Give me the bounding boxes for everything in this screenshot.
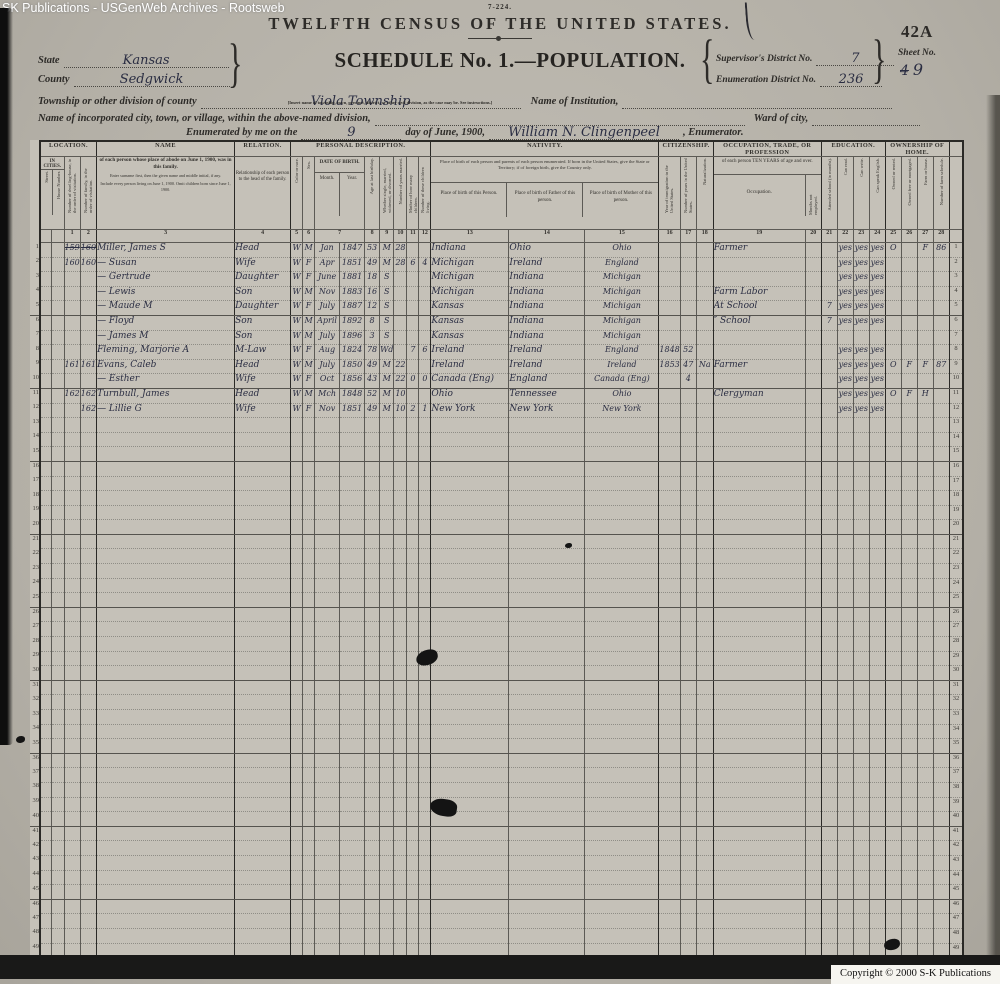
colnum-20: 20 [805, 230, 821, 243]
table-row: 1313 [30, 418, 963, 433]
cell-year [340, 914, 365, 929]
table-row: 4646 [30, 899, 963, 914]
cell-street [40, 578, 51, 593]
cell-marital [380, 637, 394, 652]
cell-farm [917, 374, 933, 389]
cell-relation [235, 870, 291, 885]
cell-sex: M [303, 359, 315, 374]
cell-occupation [713, 753, 805, 768]
cell-year [340, 812, 365, 827]
cell-family [80, 432, 96, 447]
cell-years-us [680, 870, 696, 885]
cell-farm [917, 330, 933, 345]
line-number-left: 46 [30, 899, 40, 914]
cell-living [419, 418, 431, 433]
cell-marital [380, 841, 394, 856]
cell-house [51, 710, 64, 725]
cell-read [837, 637, 853, 652]
cell-relation [235, 491, 291, 506]
cell-years-married [394, 928, 407, 943]
cell-family [80, 666, 96, 681]
cell-imm-year [659, 243, 680, 258]
cell-name [97, 870, 235, 885]
cell-sex [303, 593, 315, 608]
cell-write [853, 680, 869, 695]
cell-living [419, 301, 431, 316]
district-brace-open: { [700, 30, 714, 91]
cell-birth-person: Kansas [431, 315, 509, 330]
cell-write [853, 564, 869, 579]
cell-marital: Wd [380, 345, 394, 360]
cell-family: 160 [80, 243, 96, 258]
cell-name [97, 666, 235, 681]
cell-year [340, 739, 365, 754]
cell-english [869, 491, 885, 506]
cell-owned [885, 330, 901, 345]
cell-age [365, 432, 380, 447]
cell-sched: 87 [933, 359, 949, 374]
cell-imm-year [659, 315, 680, 330]
cell-owned [885, 461, 901, 476]
cell-color [291, 739, 303, 754]
cell-marital [380, 680, 394, 695]
cell-english [869, 578, 885, 593]
cell-color [291, 680, 303, 695]
cell-age [365, 505, 380, 520]
cell-age [365, 928, 380, 943]
cell-relation [235, 447, 291, 462]
cell-month [315, 797, 340, 812]
cell-dwelling: 162 [64, 388, 80, 403]
cell-read: yes [837, 403, 853, 418]
cell-naturalization [696, 505, 713, 520]
cell-mother [407, 928, 419, 943]
cell-free [901, 257, 917, 272]
cell-color [291, 447, 303, 462]
table-row: 2828 [30, 637, 963, 652]
cell-free [901, 520, 917, 535]
cell-years-married [394, 330, 407, 345]
cell-birth-father: Indiana [509, 315, 585, 330]
cell-month [315, 476, 340, 491]
cell-months-ne [805, 315, 821, 330]
cell-living [419, 388, 431, 403]
cell-english [869, 607, 885, 622]
line-number-left: 40 [30, 812, 40, 827]
cell-name [97, 680, 235, 695]
cell-sched [933, 666, 949, 681]
line-number-right: 46 [949, 899, 963, 914]
cell-street [40, 826, 51, 841]
cell-name [97, 724, 235, 739]
cell-family [80, 651, 96, 666]
cell-years-married [394, 491, 407, 506]
cell-free [901, 564, 917, 579]
cell-school [821, 549, 837, 564]
cell-naturalization [696, 491, 713, 506]
group-header-row: LOCATION. NAME RELATION. PERSONAL DESCRI… [30, 141, 963, 157]
cell-living [419, 680, 431, 695]
cell-owned [885, 447, 901, 462]
cell-naturalization [696, 432, 713, 447]
cell-write [853, 637, 869, 652]
table-row: 8Fleming, Marjorie AM-LawWFAug182478Wd76… [30, 345, 963, 360]
cell-write: yes [853, 315, 869, 330]
table-row: 2929 [30, 651, 963, 666]
cell-marital [380, 520, 394, 535]
cell-year: 1848 [340, 388, 365, 403]
cell-english [869, 637, 885, 652]
cell-age [365, 768, 380, 783]
header-birthplace-person: Place of birth of this Person. [431, 183, 507, 217]
line-number-left: 31 [30, 680, 40, 695]
cell-school: 7 [821, 315, 837, 330]
cell-mother [407, 753, 419, 768]
cell-birth-father [509, 739, 585, 754]
header-birthplace-father: Place of birth of Father of this person. [507, 183, 583, 217]
cell-living [419, 739, 431, 754]
cell-birth-person [431, 607, 509, 622]
cell-months-ne [805, 243, 821, 258]
line-number-right: 25 [949, 593, 963, 608]
ward-label: Ward of city, [754, 113, 809, 124]
cell-birth-father [509, 607, 585, 622]
cell-house [51, 315, 64, 330]
cell-marital: S [380, 315, 394, 330]
cell-birth-father [509, 841, 585, 856]
cell-birth-mother [585, 651, 659, 666]
colnum-27: 27 [917, 230, 933, 243]
group-name: NAME [97, 141, 235, 157]
cell-write [853, 330, 869, 345]
cell-school [821, 607, 837, 622]
cell-birth-mother [585, 666, 659, 681]
cell-sex [303, 418, 315, 433]
cell-naturalization [696, 797, 713, 812]
cell-months-ne [805, 301, 821, 316]
cell-imm-year [659, 622, 680, 637]
cell-age [365, 899, 380, 914]
cell-english [869, 622, 885, 637]
cell-sched [933, 680, 949, 695]
enumerated-day: 9 [301, 125, 401, 140]
cell-sched: 86 [933, 243, 949, 258]
cell-school [821, 564, 837, 579]
cell-naturalization [696, 637, 713, 652]
cell-english [869, 768, 885, 783]
cell-imm-year [659, 914, 680, 929]
cell-naturalization [696, 739, 713, 754]
line-number-right: 41 [949, 826, 963, 841]
cell-sched [933, 418, 949, 433]
cell-years-us [680, 724, 696, 739]
colnum-1: 1 [64, 230, 80, 243]
cell-house [51, 826, 64, 841]
cell-family [80, 461, 96, 476]
cell-farm [917, 899, 933, 914]
cell-mother [407, 768, 419, 783]
cell-years-us [680, 534, 696, 549]
line-number-left: 42 [30, 841, 40, 856]
cell-dwelling [64, 768, 80, 783]
cell-age [365, 782, 380, 797]
line-number-left: 37 [30, 768, 40, 783]
cell-free [901, 724, 917, 739]
cell-read: yes [837, 243, 853, 258]
cell-sched [933, 491, 949, 506]
cell-birth-mother [585, 680, 659, 695]
line-number-right: 29 [949, 651, 963, 666]
cell-owned [885, 491, 901, 506]
line-number-right: 26 [949, 607, 963, 622]
cell-family [80, 826, 96, 841]
cell-birth-mother [585, 695, 659, 710]
cell-month: Oct [315, 374, 340, 389]
cell-color [291, 885, 303, 900]
cell-school [821, 578, 837, 593]
cell-birth-person [431, 461, 509, 476]
cell-imm-year [659, 418, 680, 433]
cell-month [315, 564, 340, 579]
cell-year: 1851 [340, 403, 365, 418]
cell-name [97, 753, 235, 768]
cell-owned [885, 753, 901, 768]
cell-farm [917, 564, 933, 579]
cell-relation [235, 782, 291, 797]
cell-age [365, 418, 380, 433]
cell-naturalization [696, 855, 713, 870]
cell-occupation [713, 403, 805, 418]
cell-year [340, 855, 365, 870]
cell-color [291, 432, 303, 447]
table-row: 2121 [30, 534, 963, 549]
cell-living: 0 [419, 374, 431, 389]
cell-dwelling [64, 315, 80, 330]
cell-street [40, 345, 51, 360]
cell-house [51, 739, 64, 754]
cell-read [837, 841, 853, 856]
header-dwelling-number: Number of dwelling-house, in the order o… [64, 157, 80, 230]
cell-years-us [680, 549, 696, 564]
cell-imm-year [659, 724, 680, 739]
cell-years-us [680, 476, 696, 491]
cell-relation [235, 578, 291, 593]
cell-free [901, 768, 917, 783]
cell-house [51, 374, 64, 389]
cell-street [40, 870, 51, 885]
cell-color: W [291, 315, 303, 330]
cell-dwelling [64, 797, 80, 812]
cell-school [821, 286, 837, 301]
line-number-left: 41 [30, 826, 40, 841]
cell-farm [917, 870, 933, 885]
cell-sex [303, 914, 315, 929]
line-number-left: 4 [30, 286, 40, 301]
cell-sex: F [303, 374, 315, 389]
cell-free [901, 549, 917, 564]
header-years-married: Number of years married. [394, 157, 407, 230]
cell-birth-mother [585, 826, 659, 841]
cell-read [837, 812, 853, 827]
cell-birth-mother [585, 549, 659, 564]
cell-birth-mother [585, 637, 659, 652]
cell-birth-person: Kansas [431, 330, 509, 345]
line-number-left: 24 [30, 578, 40, 593]
cell-imm-year [659, 272, 680, 287]
cell-read [837, 782, 853, 797]
cell-house [51, 447, 64, 462]
colnum-24: 24 [869, 230, 885, 243]
cell-school [821, 899, 837, 914]
cell-write [853, 418, 869, 433]
cell-street [40, 914, 51, 929]
cell-age [365, 724, 380, 739]
cell-house [51, 724, 64, 739]
cell-marital: S [380, 301, 394, 316]
cell-mother [407, 272, 419, 287]
cell-years-us [680, 914, 696, 929]
cell-dwelling [64, 622, 80, 637]
table-row: 11162162Turnbull, JamesHeadWMMch184852M1… [30, 388, 963, 403]
cell-free [901, 695, 917, 710]
cell-english [869, 870, 885, 885]
line-number-right: 34 [949, 724, 963, 739]
census-title: TWELFTH CENSUS OF THE UNITED STATES. [0, 14, 1000, 34]
cell-write [853, 607, 869, 622]
cell-living [419, 476, 431, 491]
cell-sex [303, 885, 315, 900]
table-row: 2525 [30, 593, 963, 608]
table-row: 1159160Miller, James SHeadWMJan184753M28… [30, 243, 963, 258]
table-row: 2323 [30, 564, 963, 579]
cell-family [80, 286, 96, 301]
cell-year [340, 534, 365, 549]
cell-house [51, 637, 64, 652]
cell-marital [380, 534, 394, 549]
cell-year: 1824 [340, 345, 365, 360]
cell-english [869, 724, 885, 739]
cell-years-us [680, 491, 696, 506]
cell-age: 78 [365, 345, 380, 360]
cell-birth-mother [585, 710, 659, 725]
header-street: Street. [41, 170, 53, 215]
cell-street [40, 359, 51, 374]
cell-birth-person: New York [431, 403, 509, 418]
cell-birth-father [509, 666, 585, 681]
table-row: 1919 [30, 505, 963, 520]
cell-relation [235, 666, 291, 681]
cell-years-married [394, 447, 407, 462]
cell-relation [235, 899, 291, 914]
cell-family: 162 [80, 388, 96, 403]
cell-dwelling [64, 345, 80, 360]
group-location: LOCATION. [40, 141, 97, 157]
cell-marital [380, 855, 394, 870]
cell-birth-father [509, 855, 585, 870]
ward-line [812, 113, 920, 126]
header-children-living: Number of these children living. [419, 157, 431, 230]
cell-living [419, 782, 431, 797]
cell-birth-mother: Ohio [585, 388, 659, 403]
cell-month [315, 520, 340, 535]
cell-mother [407, 680, 419, 695]
cell-owned [885, 520, 901, 535]
line-number-left: 29 [30, 651, 40, 666]
cell-color [291, 578, 303, 593]
cell-years-us [680, 432, 696, 447]
colnum-14: 14 [509, 230, 585, 243]
cell-month [315, 549, 340, 564]
cell-years-married: 10 [394, 403, 407, 418]
cell-months-ne [805, 447, 821, 462]
table-row: 2020 [30, 520, 963, 535]
cell-month [315, 432, 340, 447]
page-number: 42A [901, 22, 933, 42]
cell-marital [380, 812, 394, 827]
cell-street [40, 680, 51, 695]
cell-marital: M [380, 403, 394, 418]
cell-color [291, 607, 303, 622]
scan-edge-left [0, 8, 13, 745]
line-number-right: 23 [949, 564, 963, 579]
cell-imm-year [659, 637, 680, 652]
cell-imm-year [659, 432, 680, 447]
cell-name [97, 928, 235, 943]
cell-sched [933, 928, 949, 943]
cell-age [365, 520, 380, 535]
table-row: 4848 [30, 928, 963, 943]
cell-house [51, 651, 64, 666]
cell-english: yes [869, 315, 885, 330]
cell-years-married [394, 914, 407, 929]
cell-years-us [680, 593, 696, 608]
cell-free [901, 607, 917, 622]
cell-farm [917, 782, 933, 797]
cell-imm-year [659, 403, 680, 418]
cell-house [51, 520, 64, 535]
cell-naturalization [696, 928, 713, 943]
line-number-left: 21 [30, 534, 40, 549]
cell-living [419, 768, 431, 783]
cell-imm-year [659, 870, 680, 885]
table-row: 3232 [30, 695, 963, 710]
cell-occupation [713, 257, 805, 272]
cell-years-married [394, 724, 407, 739]
cell-name [97, 855, 235, 870]
cell-school [821, 476, 837, 491]
cell-read [837, 826, 853, 841]
cell-sched [933, 534, 949, 549]
table-row: 10— EstherWifeWFOct185643M2200Canada (En… [30, 374, 963, 389]
cell-marital: M [380, 374, 394, 389]
line-number-left: 36 [30, 753, 40, 768]
cell-english: yes [869, 403, 885, 418]
cell-color: W [291, 403, 303, 418]
cell-house [51, 272, 64, 287]
cell-imm-year [659, 739, 680, 754]
cell-free [901, 403, 917, 418]
cell-imm-year [659, 826, 680, 841]
cell-school [821, 257, 837, 272]
cell-occupation: Clergyman [713, 388, 805, 403]
cell-age [365, 491, 380, 506]
cell-color [291, 914, 303, 929]
cell-relation [235, 928, 291, 943]
cell-farm [917, 593, 933, 608]
cell-month [315, 695, 340, 710]
cell-years-us [680, 885, 696, 900]
cell-age [365, 812, 380, 827]
